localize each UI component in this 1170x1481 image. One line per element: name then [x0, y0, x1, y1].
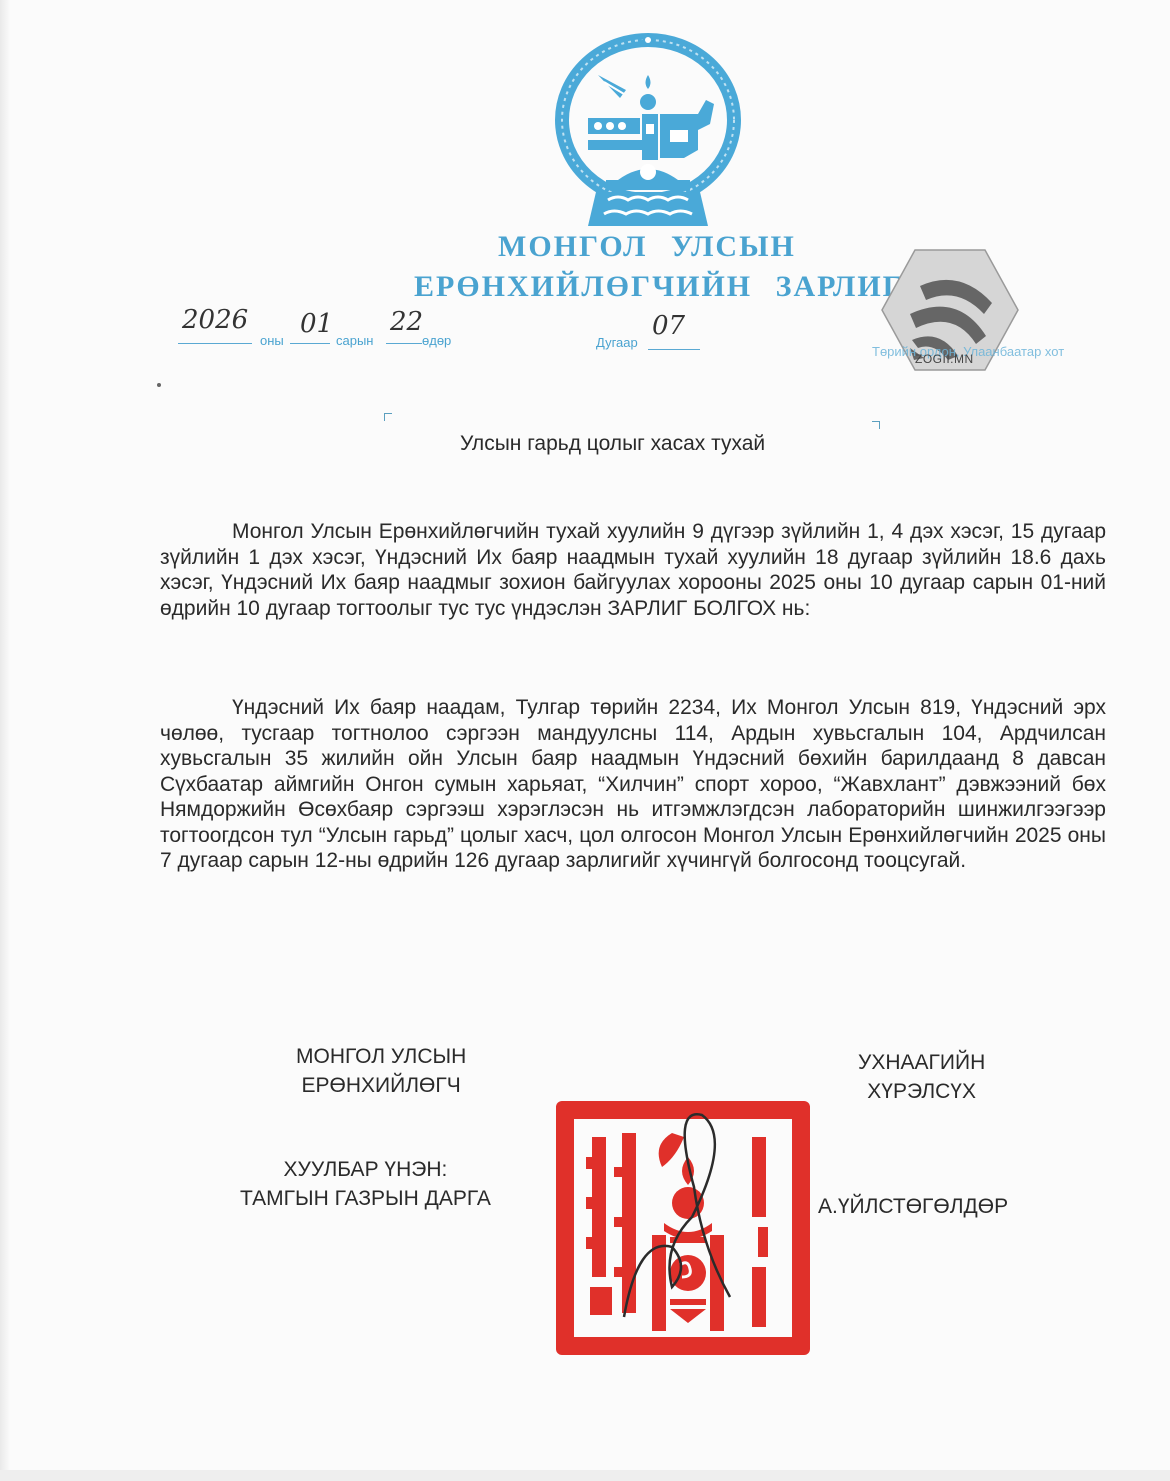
red-state-seal-icon: [552, 1097, 814, 1359]
subject-corner-mark-right: [872, 421, 880, 429]
page-edge: [0, 0, 10, 1481]
number-label: Дугаар: [596, 335, 638, 350]
true-copy-line1: ХУУЛБАР ҮНЭН:: [240, 1155, 491, 1184]
day-underline: [386, 343, 422, 344]
decree-title-line1: МОНГОЛ УЛСЫН: [498, 230, 796, 264]
month-suffix: сарын: [336, 333, 373, 348]
president-name: УХНААГИЙН ХҮРЭЛСҮХ: [858, 1048, 985, 1106]
president-title: МОНГОЛ УЛСЫН ЕРӨНХИЙЛӨГЧ: [296, 1042, 466, 1100]
document-subject: Улсын гарьд цолыг хасах тухай: [460, 432, 765, 456]
president-name-line1: УХНААГИЙН: [858, 1048, 985, 1077]
month-underline: [290, 343, 330, 344]
year-handwritten: 2026: [182, 305, 248, 335]
true-copy-certification: ХУУЛБАР ҮНЭН: ТАМГЫН ГАЗРЫН ДАРГА: [240, 1155, 491, 1213]
month-handwritten: 01: [300, 309, 333, 339]
year-suffix: оны: [260, 333, 284, 348]
year-underline: [178, 343, 252, 344]
body-paragraph-1: Монгол Улсын Ерөнхийлөгчийн тухай хуулий…: [160, 519, 1106, 621]
body-paragraph-2: Үндэсний Их баяр наадам, Тулгар төрийн 2…: [160, 695, 1106, 874]
page-edge-bottom: [0, 1470, 1170, 1481]
mongolia-state-emblem-icon: [548, 20, 748, 230]
subject-corner-mark-left: [384, 413, 392, 421]
president-name-line2: ХҮРЭЛСҮХ: [858, 1077, 985, 1106]
number-underline: [648, 349, 700, 350]
day-suffix: өдөр: [422, 333, 451, 348]
certifier-name: А.ҮЙЛСТӨГӨЛДӨР: [818, 1192, 1008, 1221]
margin-dot: [157, 383, 161, 387]
day-handwritten: 22: [390, 307, 423, 337]
decree-title-line2: ЕРӨНХИЙЛӨГЧИЙН ЗАРЛИГ: [414, 270, 904, 304]
president-title-line2: ЕРӨНХИЙЛӨГЧ: [296, 1071, 466, 1100]
date-number-row: 2026 оны 01 сарын 22 өдөр Дугаар 07: [0, 305, 1170, 355]
number-handwritten: 07: [652, 311, 685, 341]
true-copy-line2: ТАМГЫН ГАЗРЫН ДАРГА: [240, 1184, 491, 1213]
president-title-line1: МОНГОЛ УЛСЫН: [296, 1042, 466, 1071]
